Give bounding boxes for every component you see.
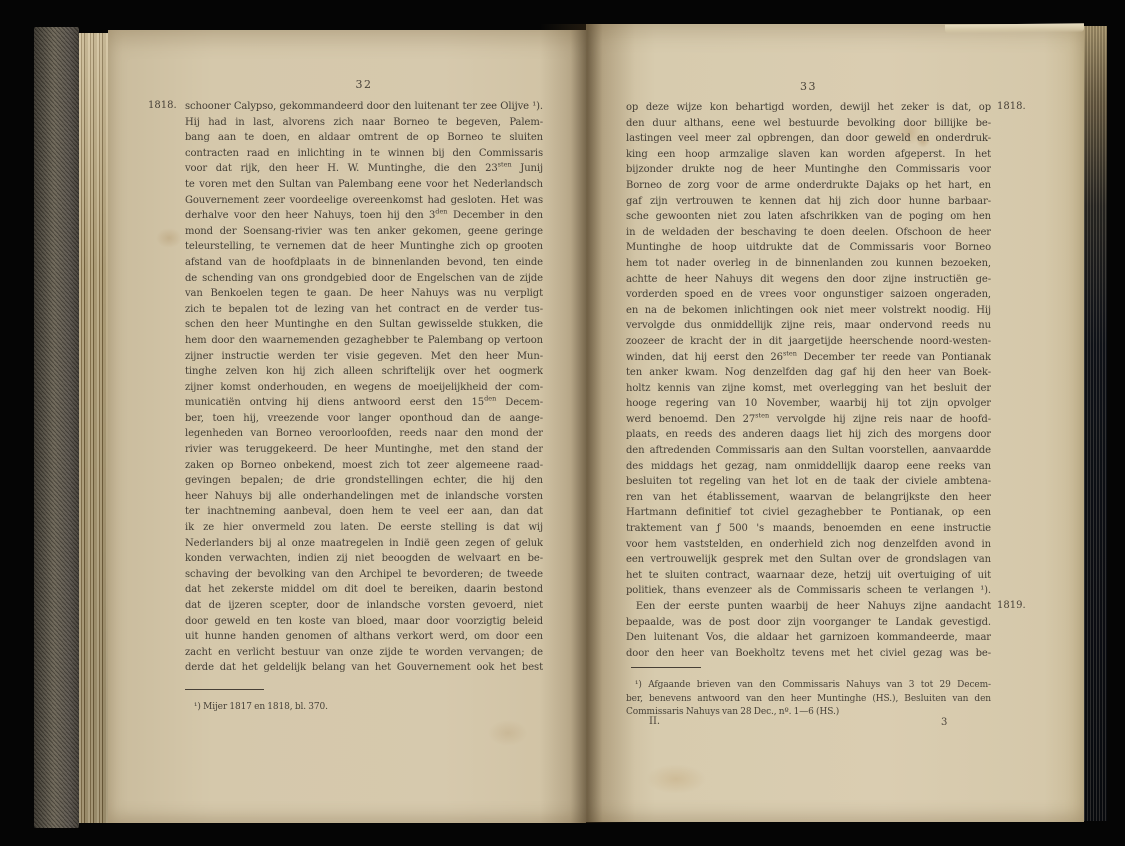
page-number: 33 (626, 80, 991, 93)
book-cover-edge (34, 27, 79, 828)
text-line: heer Nahuys bij alle onderhandelingen me… (185, 489, 543, 505)
text-line: mond der Soensang-rivier was ten anker g… (185, 224, 543, 240)
footnote-rule (631, 667, 701, 668)
text-line: ¹) Afgaande brieven van den Commissaris … (626, 679, 991, 693)
text-line: Muntinghe de hoop uitdrukte dat de Commi… (626, 240, 991, 256)
text-line: ten anker kwam. Nog denzelfden dag gaf h… (626, 365, 991, 381)
text-line: door geweld en ten koste van bloed, maar… (185, 614, 543, 630)
stain (646, 764, 706, 794)
text-line: zijner komst onderhouden, en wegens de m… (185, 380, 543, 396)
text-line: en na de bekomen inlichtingen ook niet m… (626, 303, 991, 319)
text-line: dat het zekerste middel om dit doel te b… (185, 582, 543, 598)
text-line: bijzonder drukte nog de heer Muntinghe d… (626, 162, 991, 178)
margin-year: 1818. (997, 101, 1026, 112)
text-line: van Benkoelen tegen te gaan. De heer Nah… (185, 286, 543, 302)
text-line: vervolgde dus onmiddellijk zijne reis, m… (626, 318, 991, 334)
text-line: schen den heer Muntinghe en den Sultan g… (185, 317, 543, 333)
stain (488, 720, 528, 746)
text-line: lastingen veel meer zal opbrengen, dan d… (626, 131, 991, 147)
text-line: besluiten tot regeling van het lot en de… (626, 474, 991, 490)
text-line: zich te bepalen tot de lezing van het co… (185, 302, 543, 318)
text-line: ¹) Mijer 1817 en 1818, bl. 370. (185, 701, 543, 715)
text-line: in de weldaden der beschaving te doen de… (626, 225, 991, 241)
footnote: ¹) Mijer 1817 en 1818, bl. 370. (185, 701, 543, 715)
text-line: schaving der bevolking van den Archipel … (185, 567, 543, 583)
text-line: zijner instructie werden ter visie gegev… (185, 349, 543, 365)
body-text: schooner Calypso, gekommandeerd door den… (185, 99, 543, 676)
page-edge-stack (79, 33, 109, 823)
text-line: derde dat het geldelijk belang van het G… (185, 660, 543, 676)
footnote: ¹) Afgaande brieven van den Commissaris … (626, 679, 991, 720)
text-line: Gouvernement zeer voordeelige overeenkom… (185, 193, 543, 209)
text-line: rivier was teruggekeerd. De heer Munting… (185, 442, 543, 458)
text-line: voor dat rijk, den heer H. W. Muntinghe,… (185, 161, 543, 177)
text-line: vorderden spoed en de vrees voor ongunst… (626, 287, 991, 303)
text-line: winden, dat hij eerst den 26sten Decembe… (626, 350, 991, 366)
text-line: Den luitenant Vos, die aldaar het garniz… (626, 630, 991, 646)
text-line: derhalve voor den heer Nahuys, toen hij … (185, 208, 543, 224)
book-page-left: 32 1818. schooner Calypso, gekommandeerd… (108, 30, 586, 823)
text-line: teleurstelling, te vernemen dat de heer … (185, 239, 543, 255)
page-number: 32 (185, 78, 543, 91)
text-line: hem door den waarnemenden gezaghebber te… (185, 333, 543, 349)
text-line: ik ze hier onvermeld zou laten. De eerst… (185, 520, 543, 536)
text-line: den duur althans, eene wel bestuurde bev… (626, 116, 991, 132)
text-line: legenheden van Borneo veroorloofden, ree… (185, 426, 543, 442)
page-corner-curl (945, 23, 1084, 33)
text-line: het te sluiten contract, waarnaar deze, … (626, 568, 991, 584)
text-line: de schending van ons grondgebied door de… (185, 271, 543, 287)
text-line: sche gewoonten niet zou laten afschrikke… (626, 209, 991, 225)
text-line: den aftredenden Commissaris aan den Sult… (626, 443, 991, 459)
text-line: zaken op Borneo onbekend, moest zich tot… (185, 458, 543, 474)
text-line: zacht en verlicht bestuur van onze zijde… (185, 645, 543, 661)
text-line: contracten raad en inlichting in te winn… (185, 146, 543, 162)
book-page-right: 33 1818. 1819. op deze wijze kon beharti… (586, 24, 1084, 822)
text-line: tinghe zelven kon hij zich alleen schrif… (185, 364, 543, 380)
text-line: door den heer van Boekholtz tevens met h… (626, 646, 991, 662)
text-line: te voren met den Sultan van Palembang ee… (185, 177, 543, 193)
text-line: traktement van ƒ 500 's maands, benoemde… (626, 521, 991, 537)
text-line: zoozeer de kracht der in dit jaargetijde… (626, 334, 991, 350)
footnote-rule (185, 689, 264, 690)
text-line: gevingen bepalen; de drie grondstellinge… (185, 473, 543, 489)
text-line: holtz kennis van zijne komst, met overle… (626, 381, 991, 397)
text-line: des middags het gezag, nam onmiddellijk … (626, 459, 991, 475)
body-text: op deze wijze kon behartigd worden, dewi… (626, 100, 991, 661)
text-line: Borneo de zorg voor de arme onderdrukte … (626, 178, 991, 194)
text-line: voor hem vaststelden, en onderhield zich… (626, 537, 991, 553)
book-scan: { "book": { "pages": { "left": { "page_n… (0, 0, 1125, 846)
text-line: ber, toen hij, vreezende voor langer opo… (185, 411, 543, 427)
text-line: politiek, thans evenzeer als de Commissa… (626, 583, 991, 599)
text-line: achtte de heer Nahuys dit wegens den doo… (626, 272, 991, 288)
text-line: uit hunne handen genomen of althans verk… (185, 629, 543, 645)
margin-year: 1819. (997, 600, 1026, 611)
stain (156, 228, 182, 248)
signature-mark: II. (649, 716, 660, 727)
text-line: Hij had in last, alvorens zich naar Born… (185, 115, 543, 131)
text-line: hooge regering van 10 November, waarbij … (626, 396, 991, 412)
text-line: Nederlanders bij al onze maatregelen in … (185, 536, 543, 552)
text-line: een vertrouwelijk gesprek met den Sultan… (626, 552, 991, 568)
text-line: ren van het établissement, waarvan de be… (626, 490, 991, 506)
text-line: konden verwachten, indien zij niet beoog… (185, 551, 543, 567)
text-line: dat de ijzeren scepter, door de inlandsc… (185, 598, 543, 614)
text-line: plaats, en reeds des anderen daags liet … (626, 427, 991, 443)
text-line: Commissaris Nahuys van 28 Dec., nº. 1—6 … (626, 706, 991, 720)
text-line: gaf zijn vertrouwen te kennen dat hij zi… (626, 194, 991, 210)
sheet-number: 3 (941, 717, 947, 728)
fore-edge-page-stack (1084, 26, 1107, 821)
text-line: ter inachtneming aanbeval, doen hem te v… (185, 504, 543, 520)
text-line: op deze wijze kon behartigd worden, dewi… (626, 100, 991, 116)
text-line: king een hoop armzalige slaven kan worde… (626, 147, 991, 163)
text-line: municatiën ontving hij diens antwoord ee… (185, 395, 543, 411)
text-line: hem tot nader overleg in de binnenlanden… (626, 256, 991, 272)
text-line: schooner Calypso, gekommandeerd door den… (185, 99, 543, 115)
text-line: ber, benevens antwoord van den heer Munt… (626, 693, 991, 707)
text-line: Een der eerste punten waarbij de heer Na… (626, 599, 991, 615)
text-line: bepaalde, was de post door zijn voorgang… (626, 615, 991, 631)
margin-year: 1818. (148, 100, 177, 111)
text-line: werd benoemd. Den 27sten vervolgde hij z… (626, 412, 991, 428)
text-line: Hartmann definitief tot civiel gezaghebb… (626, 505, 991, 521)
text-line: afstand van de hoofdplaats in de binnenl… (185, 255, 543, 271)
text-line: bang aan te doen, en aldaar omtrent de o… (185, 130, 543, 146)
